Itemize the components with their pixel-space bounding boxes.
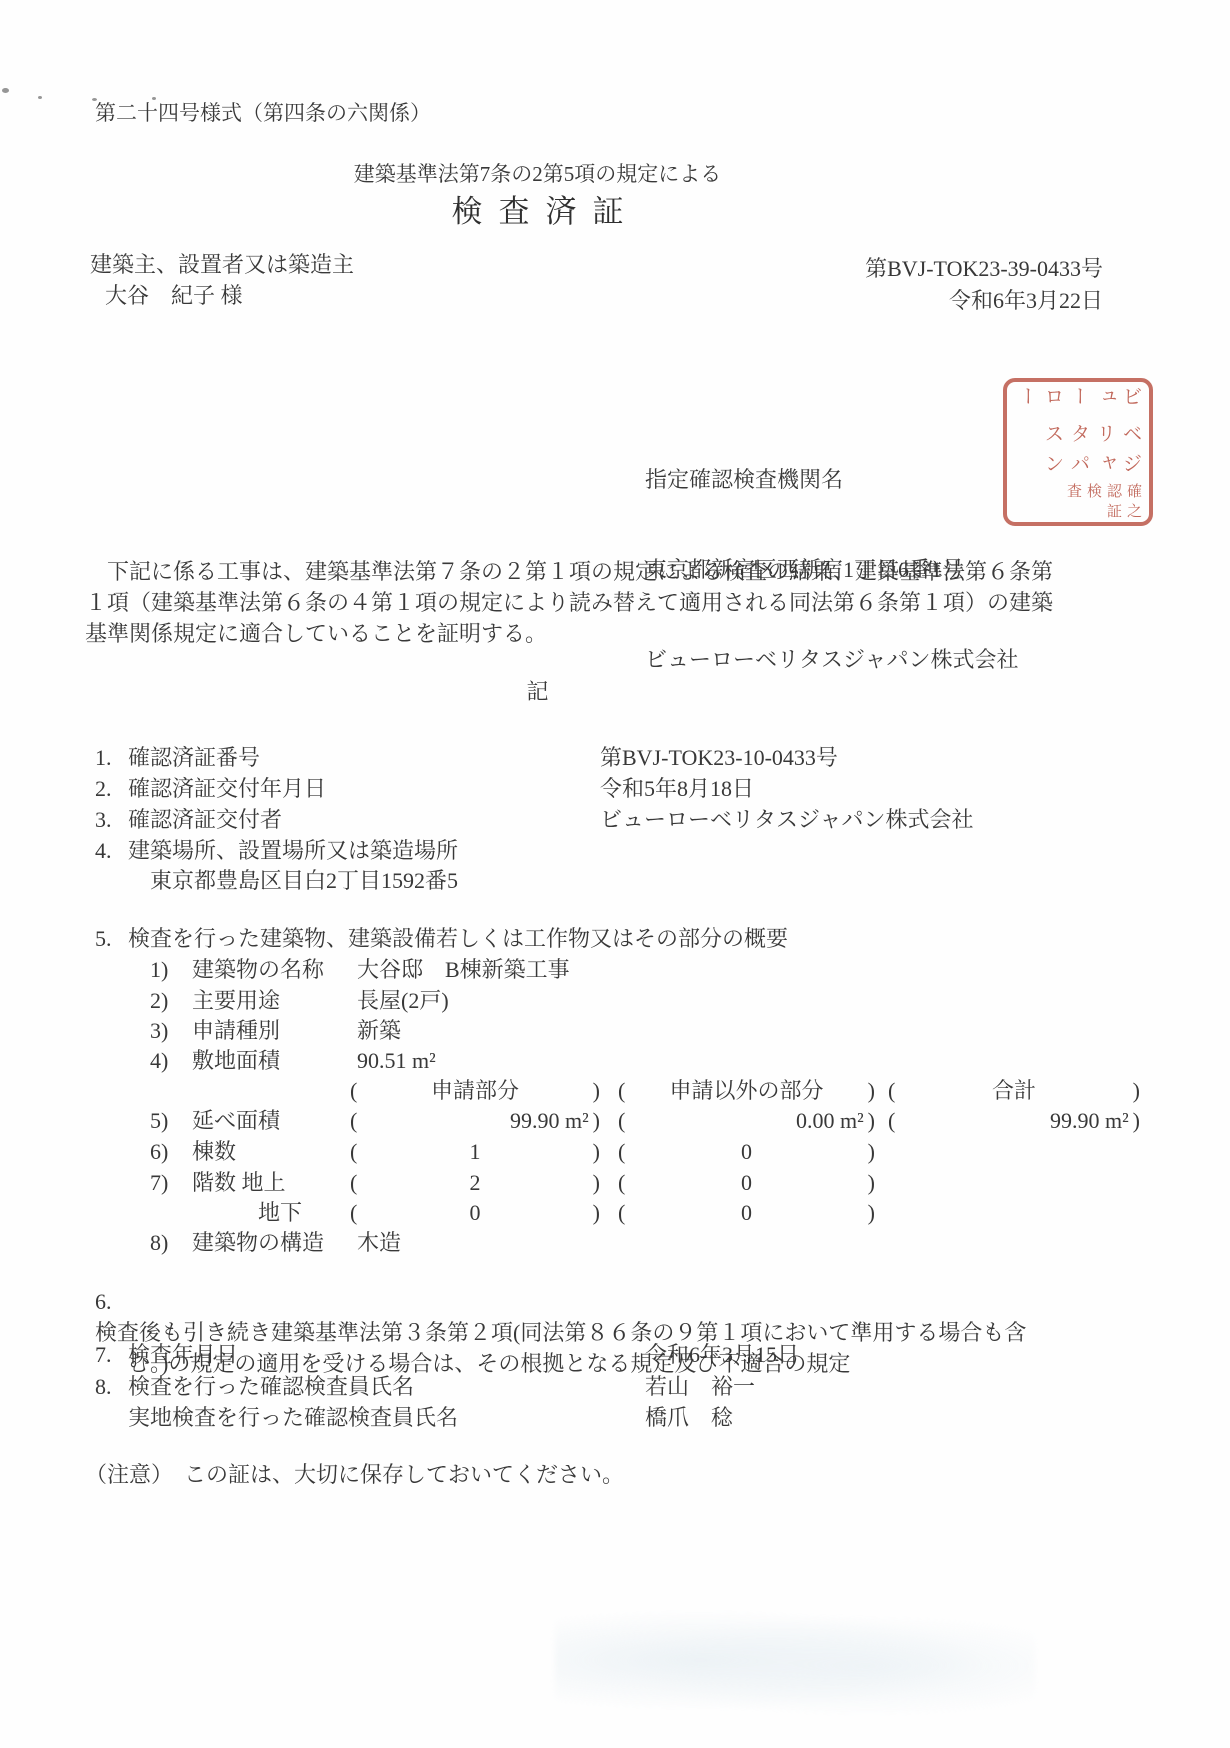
paren: ) bbox=[593, 1106, 600, 1136]
subitem-number: 2) bbox=[150, 986, 192, 1016]
subitem-row: 3) 申請種別 新築 bbox=[150, 1016, 401, 1046]
subitem-label: 建築物の名称 bbox=[192, 955, 357, 985]
paren: ( bbox=[350, 1137, 357, 1167]
paren: ( bbox=[618, 1106, 625, 1136]
paren: ( bbox=[618, 1076, 625, 1106]
area-table-header-row: ( 申請部分 ) ( 申請以外の部分 ) ( 合計 ) bbox=[150, 1076, 1150, 1106]
certificate-number: 第BVJ-TOK23-39-0433号 bbox=[865, 254, 1103, 284]
paren: ( bbox=[350, 1198, 357, 1228]
item-label: 実地検査を行った確認検査員氏名 bbox=[128, 1403, 458, 1433]
subitem-row: 2) 主要用途 長屋(2戸) bbox=[150, 986, 449, 1016]
faint-watermark bbox=[555, 1600, 1035, 1720]
value-cell: ( 0 ) bbox=[618, 1198, 875, 1228]
area-table-row: 地下 ( 0 ) ( 0 ) bbox=[150, 1198, 1150, 1228]
item-number: 7. bbox=[95, 1340, 125, 1370]
item-value: 第BVJ-TOK23-10-0433号 bbox=[600, 743, 838, 773]
subitem-label: 申請種別 bbox=[192, 1016, 357, 1046]
subitem-number: 6) bbox=[150, 1137, 168, 1167]
area-table-row: 5) 延べ面積 ( 99.90 m² ) ( 0.00 m² ) ( 99.90… bbox=[150, 1106, 1150, 1136]
item-number: 5. bbox=[95, 924, 125, 954]
value-cell: ( 1 ) bbox=[350, 1137, 600, 1167]
item-label: 建築場所、設置場所又は築造場所 bbox=[128, 836, 458, 866]
subitem-label: 棟数 bbox=[192, 1137, 236, 1167]
subitem-label: 敷地面積 bbox=[192, 1046, 357, 1076]
paren: ( bbox=[618, 1198, 625, 1228]
subitem-number: 5) bbox=[150, 1106, 168, 1136]
header-cell: ( 申請部分 ) bbox=[350, 1076, 600, 1106]
item-number: 2. bbox=[95, 774, 125, 804]
certification-paragraph: 下記に係る工事は、建築基準法第７条の２第１項の規定による検査の結果、建築基準法第… bbox=[85, 556, 1163, 649]
stamp-column: ジャパン bbox=[1013, 453, 1143, 483]
cell-value: 99.90 m² bbox=[895, 1106, 1132, 1136]
inspection-date: 令和6年3月15日 bbox=[645, 1340, 799, 1370]
subitem-number: 1) bbox=[150, 955, 192, 985]
item-label: 検査年月日 bbox=[128, 1340, 238, 1370]
scan-speck bbox=[38, 96, 42, 99]
subitem-label: 延べ面積 bbox=[192, 1106, 280, 1136]
subitem-number: 4) bbox=[150, 1046, 192, 1076]
paren: ( bbox=[888, 1106, 895, 1136]
cell-value: 0.00 m² bbox=[625, 1106, 867, 1136]
paren: ) bbox=[593, 1168, 600, 1198]
header-cell: ( 合計 ) bbox=[888, 1076, 1140, 1106]
paren: ( bbox=[888, 1076, 895, 1106]
paren: ( bbox=[618, 1168, 625, 1198]
item-label: 確認済証交付年月日 bbox=[128, 774, 326, 804]
stamp-column: 確認検査 bbox=[1013, 483, 1143, 503]
paren: ) bbox=[1133, 1076, 1140, 1106]
item-label: 検査を行った建築物、建築設備若しくは工作物又はその部分の概要 bbox=[128, 924, 788, 954]
scan-speck bbox=[2, 88, 9, 93]
area-table-row: 7) 階数 地上 ( 2 ) ( 0 ) bbox=[150, 1168, 1150, 1198]
item-value: 令和5年8月18日 bbox=[600, 774, 754, 804]
form-number: 第二十四号様式（第四条の六関係） bbox=[95, 98, 431, 128]
caution-note: （注意） この証は、大切に保存しておいてください。 bbox=[85, 1460, 624, 1490]
law-reference-line: 建築基準法第7条の2第5項の規定による bbox=[0, 158, 1075, 188]
cell-value: 2 bbox=[357, 1168, 592, 1198]
subitem-number: 3) bbox=[150, 1016, 192, 1046]
site-inspector-name: 橋爪 稔 bbox=[645, 1403, 733, 1433]
subitem-row: 4) 敷地面積 90.51 m² bbox=[150, 1046, 436, 1076]
paren: ( bbox=[350, 1106, 357, 1136]
paren: ( bbox=[618, 1137, 625, 1167]
item-label: 検査を行った確認検査員氏名 bbox=[128, 1372, 414, 1402]
paren: ( bbox=[350, 1076, 357, 1106]
paren: ) bbox=[868, 1198, 875, 1228]
scan-speck bbox=[92, 98, 97, 101]
subitem-label: 地下 bbox=[258, 1198, 302, 1228]
paren: ) bbox=[593, 1076, 600, 1106]
value-cell: ( 0 ) bbox=[618, 1137, 875, 1167]
value-cell: ( 99.90 m² ) bbox=[888, 1106, 1140, 1136]
value-cell: ( 99.90 m² ) bbox=[350, 1106, 600, 1136]
cell-value: 0 bbox=[625, 1198, 867, 1228]
cell-value: 0 bbox=[357, 1198, 592, 1228]
stamp-column: ベリタス bbox=[1013, 423, 1143, 453]
value-cell: ( 0.00 m² ) bbox=[618, 1106, 875, 1136]
paren: ) bbox=[868, 1106, 875, 1136]
subitem-row: 8) 建築物の構造 木造 bbox=[150, 1228, 401, 1258]
subitem-value: 木造 bbox=[357, 1228, 401, 1258]
ki-heading: 記 bbox=[0, 675, 1075, 706]
item-number: 4. bbox=[95, 836, 125, 866]
paren: ) bbox=[1133, 1106, 1140, 1136]
agency-label: 指定確認検査機関名 bbox=[645, 465, 1019, 495]
building-site-address: 東京都豊島区目白2丁目1592番5 bbox=[150, 866, 458, 896]
item-number: 1. bbox=[95, 743, 125, 773]
subitem-value: 90.51 m² bbox=[357, 1046, 436, 1076]
paren: ) bbox=[593, 1137, 600, 1167]
item-value: ビューローベリタスジャパン株式会社 bbox=[600, 805, 974, 835]
inspection-certificate-document: 第二十四号様式（第四条の六関係） 建築基準法第7条の2第5項の規定による 検査済… bbox=[0, 0, 1230, 1748]
cell-value: 99.90 m² bbox=[357, 1106, 592, 1136]
subitem-label: 階数 地上 bbox=[192, 1168, 286, 1198]
red-seal-stamp: ビューロー ベリタス ジャパン 確認検査 之証 bbox=[1003, 378, 1153, 526]
column-header: 申請以外の部分 bbox=[625, 1076, 867, 1106]
item-label: 確認済証番号 bbox=[128, 743, 260, 773]
column-header: 申請部分 bbox=[357, 1076, 592, 1106]
agency-name: ビューローベリタスジャパン株式会社 bbox=[645, 645, 1019, 675]
subitem-value: 大谷邸 B棟新築工事 bbox=[357, 955, 570, 985]
item-number: 6. bbox=[95, 1289, 112, 1314]
item-number: 8. bbox=[95, 1372, 125, 1402]
column-header: 合計 bbox=[895, 1076, 1132, 1106]
subitem-label: 主要用途 bbox=[192, 986, 357, 1016]
stamp-column: ビューロー bbox=[1013, 386, 1143, 423]
addressee-label: 建築主、設置者又は築造主 bbox=[90, 250, 354, 280]
document-title: 検査済証 bbox=[0, 186, 1075, 231]
value-cell: ( 0 ) bbox=[350, 1198, 600, 1228]
paren: ) bbox=[593, 1198, 600, 1228]
subitem-value: 新築 bbox=[357, 1016, 401, 1046]
cell-value: 1 bbox=[357, 1137, 592, 1167]
addressee-name: 大谷 紀子 様 bbox=[105, 281, 243, 311]
cell-value: 0 bbox=[625, 1137, 867, 1167]
paren: ( bbox=[350, 1168, 357, 1198]
paren: ) bbox=[868, 1168, 875, 1198]
item-number: 3. bbox=[95, 805, 125, 835]
cell-value: 0 bbox=[625, 1168, 867, 1198]
paren: ) bbox=[868, 1137, 875, 1167]
value-cell: ( 0 ) bbox=[618, 1168, 875, 1198]
inspector-name: 若山 裕一 bbox=[645, 1372, 755, 1402]
subitem-number: 8) bbox=[150, 1228, 192, 1258]
subitem-row: 1) 建築物の名称 大谷邸 B棟新築工事 bbox=[150, 955, 570, 985]
scan-speck bbox=[152, 97, 156, 100]
header-cell: ( 申請以外の部分 ) bbox=[618, 1076, 875, 1106]
stamp-column: 之証 bbox=[1013, 503, 1143, 518]
item-label: 確認済証交付者 bbox=[128, 805, 282, 835]
issue-date: 令和6年3月22日 bbox=[949, 286, 1103, 316]
area-table-row: 6) 棟数 ( 1 ) ( 0 ) bbox=[150, 1137, 1150, 1167]
value-cell: ( 2 ) bbox=[350, 1168, 600, 1198]
subitem-label: 建築物の構造 bbox=[192, 1228, 357, 1258]
subitem-value: 長屋(2戸) bbox=[357, 986, 449, 1016]
paren: ) bbox=[868, 1076, 875, 1106]
subitem-number: 7) bbox=[150, 1168, 168, 1198]
